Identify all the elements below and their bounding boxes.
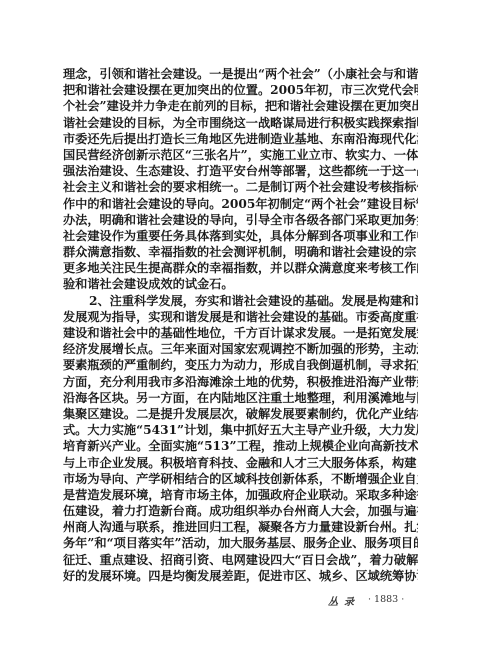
text-line: 理念，引领和谐社会建设。一是提出“两个社会”（小康社会与和谐社会）战略谋局， bbox=[63, 66, 418, 82]
section-title: 丛录 bbox=[328, 593, 360, 608]
page-footer: 丛录 · 1883 · bbox=[328, 593, 428, 609]
text-line: 社会主义和谐社会的要求相统一。二是制订两个社会建设考核指标体系，突出工 bbox=[63, 179, 418, 195]
text-line: 与上市企业发展。积极培育科技、金融和人才三大服务体系，构建以企业为主体、 bbox=[63, 455, 418, 471]
page-number: · 1883 · bbox=[368, 594, 404, 605]
text-line: 集聚区建设。二是提升发展层次，破解发展要素制约，优化产业结构，转变增长方 bbox=[63, 406, 418, 422]
text-line: 办法，明确和谐社会建设的导向，引导全市各级各部门采取更加务实态度，把和谐 bbox=[63, 212, 418, 228]
text-line: 是营造发展环境，培育市场主体，加强政府企业联动。采取多种途径加强企业家队 bbox=[63, 487, 418, 503]
text-line: 务年”和“项目落实年”活动，加大服务基层、服务企业、服务项目的力度。组织土地 bbox=[63, 535, 418, 551]
text-line: 个社会”建设并力争走在前列的目标，把和谐社会建设摆在更加突出地位，确立和 bbox=[63, 98, 418, 114]
text-line: 式。大力实施“5431”计划，集中抓好五大主导产业升级，大力发展高附加值产业， bbox=[63, 422, 418, 438]
text-line: 作中的和谐社会建设的导向。2005年初制定“两个社会”建设目标管理体系及考核 bbox=[63, 196, 418, 212]
text-line: 征迁、重点建设、招商引资、电网建设四大“百日会战”，着力破解发展难题，营造良 bbox=[63, 552, 418, 568]
text-line: 群众满意指数、幸福指数的社会测评机制，明确和谐社会建设的宗旨和落脚点。把 bbox=[63, 244, 418, 260]
text-line: 建设和谐社会中的基础性地位，千方百计谋求发展。一是拓宽发展空间，培育新的 bbox=[63, 325, 418, 341]
text-line: 方面，充分利用我市多沿海滩涂土地的优势，积极推进沿海产业带建设，加快开发 bbox=[63, 374, 418, 390]
text-line: 州商人沟通与联系，推进回归工程，凝聚各方力量建设新台州。扎实开展“工业服 bbox=[63, 519, 418, 535]
body-text: 理念，引领和谐社会建设。一是提出“两个社会”（小康社会与和谐社会）战略谋局， 把… bbox=[63, 66, 418, 584]
text-line: 把和谐社会建设摆在更加突出的位置。2005年初，市三次党代会明确提出构建“两 bbox=[63, 82, 418, 98]
text-line: 沿海各区块。另一方面，在内陆地区注重土地整理，利用溪滩地与园地，加快工业 bbox=[63, 390, 418, 406]
text-line: 国民营经济创新示范区“三张名片”，实施工业立市、软实力、一体化等战略，作出加 bbox=[63, 147, 418, 163]
text-line: 经济发展增长点。三年来面对国家宏观调控不断加强的形势，主动适应，积极破解 bbox=[63, 341, 418, 357]
text-line: 好的发展环境。四是均衡发展差距，促进市区、城乡、区域统筹协调发展。扩大区 bbox=[63, 568, 418, 584]
text-line: 市委还先后提出打造长三角地区先进制造业基地、东南沿海现代化港口大城市、中 bbox=[63, 131, 418, 147]
text-line: 强法治建设、生态建设、打造平安台州等部署，这些都统一于这一战略谋局，与构建 bbox=[63, 163, 418, 179]
text-line: 培育新兴产业。全面实施“513”工程，推动上规模企业向高新技术企业、品牌企业 bbox=[63, 438, 418, 454]
text-line: 伍建设，着力打造新台商。成功组织举办台州商人大会，加强与遍布全国各地的台 bbox=[63, 503, 418, 519]
text-line: 社会建设作为重要任务具体落到实处，具体分解到各项事业和工作中。三是建立 bbox=[63, 228, 418, 244]
text-line: 谐社会建设的目标，为全市围绕这一战略谋局进行积极实践探索指明方向。此后 bbox=[63, 115, 418, 131]
document-page: 理念，引领和谐社会建设。一是提出“两个社会”（小康社会与和谐社会）战略谋局， 把… bbox=[0, 0, 480, 651]
text-line: 发展观为指导，实现和谐发展是和谐社会建设的基础。市委高度重视发展问题在 bbox=[63, 309, 418, 325]
paragraph-start-line: 2、注重科学发展，夯实和谐社会建设的基础。发展是构建和谐的前提，以科学 bbox=[63, 293, 418, 309]
text-line: 要素瓶颈的严重制约，变压力为动力，形成自我倒逼机制，寻求拓宽发展空间。一 bbox=[63, 357, 418, 373]
text-line: 更多地关注民生提高群众的幸福指数，并以群众满意度来考核工作的成效，作为检 bbox=[63, 260, 418, 276]
text-line: 市场为导向、产学研相结合的区域科技创新体系，不断增强企业自主创新能力。三 bbox=[63, 471, 418, 487]
paragraph-end-line: 验和谐社会建设成效的试金石。 bbox=[63, 276, 418, 292]
